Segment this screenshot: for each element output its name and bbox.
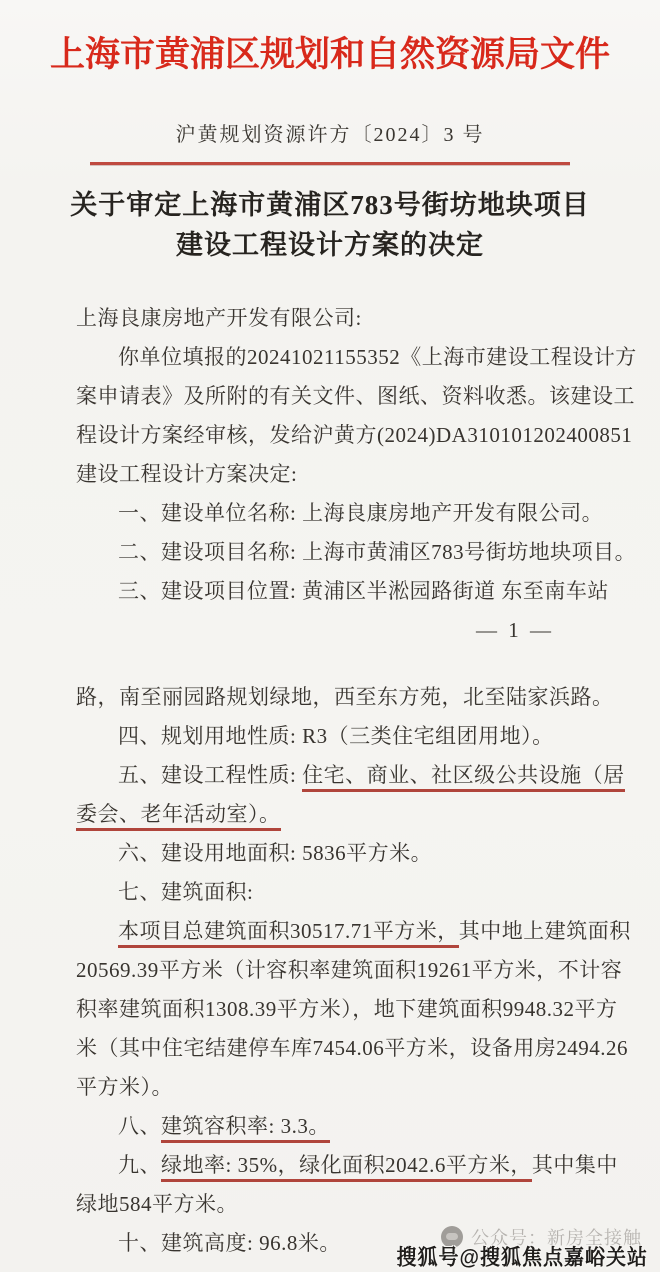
item-7-line4: 米（其中住宅结建停车库7454.06平方米，设备用房2494.26 bbox=[76, 1029, 580, 1068]
item-7-underlined: 本项目总建筑面积30517.71平方米， bbox=[118, 919, 459, 948]
item-6: 六、建设用地面积: 5836平方米。 bbox=[76, 834, 580, 873]
item-2: 二、建设项目名称: 上海市黄浦区783号街坊地块项目。 bbox=[76, 533, 580, 572]
item-9-underlined: 绿地率: 35%，绿化面积2042.6平方米， bbox=[161, 1153, 532, 1182]
item-4: 四、规划用地性质: R3（三类住宅组团用地）。 bbox=[76, 717, 580, 756]
intro-line-1: 你单位填报的20241021155352《上海市建设工程设计方 bbox=[76, 338, 580, 377]
item-7-line5: 平方米）。 bbox=[76, 1068, 580, 1107]
document-title-line2: 建设工程设计方案的决定 bbox=[0, 225, 660, 265]
red-rule-divider bbox=[90, 162, 570, 165]
document-title-line1: 关于审定上海市黄浦区783号街坊地块项目 bbox=[0, 185, 660, 225]
item-5-underlined-1: 住宅、商业、社区级公共设施（居 bbox=[302, 763, 625, 792]
item-5-underlined-2: 委会、老年活动室）。 bbox=[76, 802, 281, 831]
agency-title: 上海市黄浦区规划和自然资源局文件 bbox=[20, 30, 640, 80]
intro-line-2: 案申请表》及所附的有关文件、图纸、资料收悉。该建设工 bbox=[76, 377, 580, 416]
item-5-line1: 五、建设工程性质: 住宅、商业、社区级公共设施（居 bbox=[76, 756, 580, 795]
item-9-rest: 其中集中 bbox=[532, 1153, 618, 1177]
page-break-gap bbox=[76, 650, 580, 678]
document-page: 上海市黄浦区规划和自然资源局文件 沪黄规划资源许方〔2024〕3 号 关于审定上… bbox=[0, 0, 660, 1272]
item-7-head: 七、建筑面积: bbox=[76, 873, 580, 912]
item-5-line2: 委会、老年活动室）。 bbox=[76, 795, 580, 834]
page-number: — 1 — bbox=[76, 611, 580, 650]
item-5-label: 五、建设工程性质: bbox=[118, 763, 302, 787]
item-8-underlined: 建筑容积率: 3.3。 bbox=[161, 1114, 330, 1143]
item-8: 八、建筑容积率: 3.3。 bbox=[76, 1107, 580, 1146]
item-9-line1: 九、绿地率: 35%，绿化面积2042.6平方米，其中集中 bbox=[76, 1146, 580, 1185]
item-3-line2: 路，南至丽园路规划绿地，西至东方苑，北至陆家浜路。 bbox=[76, 678, 580, 717]
item-7-rest: 其中地上建筑面积 bbox=[459, 919, 631, 943]
doc-number: 沪黄规划资源许方〔2024〕3 号 bbox=[0, 122, 660, 148]
item-8-label: 八、 bbox=[118, 1114, 161, 1138]
intro-line-3: 程设计方案经审核，发给沪黄方(2024)DA310101202400851 bbox=[76, 416, 580, 455]
item-7-line1: 本项目总建筑面积30517.71平方米，其中地上建筑面积 bbox=[76, 912, 580, 951]
document-body: 上海良康房地产开发有限公司: 你单位填报的20241021155352《上海市建… bbox=[76, 299, 580, 1263]
item-7-line2: 20569.39平方米（计容积率建筑面积19261平方米，不计容 bbox=[76, 951, 580, 990]
item-10: 十、建筑高度: 96.8米。 bbox=[76, 1224, 580, 1263]
intro-line-4: 建设工程设计方案决定: bbox=[76, 455, 580, 494]
item-3-line1: 三、建设项目位置: 黄浦区半淞园路街道 东至南车站 bbox=[76, 572, 580, 611]
item-7-line3: 积率建筑面积1308.39平方米），地下建筑面积9948.32平方 bbox=[76, 990, 580, 1029]
salutation: 上海良康房地产开发有限公司: bbox=[76, 299, 580, 338]
item-9-label: 九、 bbox=[118, 1153, 161, 1177]
item-9-line2: 绿地584平方米。 bbox=[76, 1185, 580, 1224]
document-title: 关于审定上海市黄浦区783号街坊地块项目 建设工程设计方案的决定 bbox=[0, 185, 660, 265]
item-1: 一、建设单位名称: 上海良康房地产开发有限公司。 bbox=[76, 494, 580, 533]
